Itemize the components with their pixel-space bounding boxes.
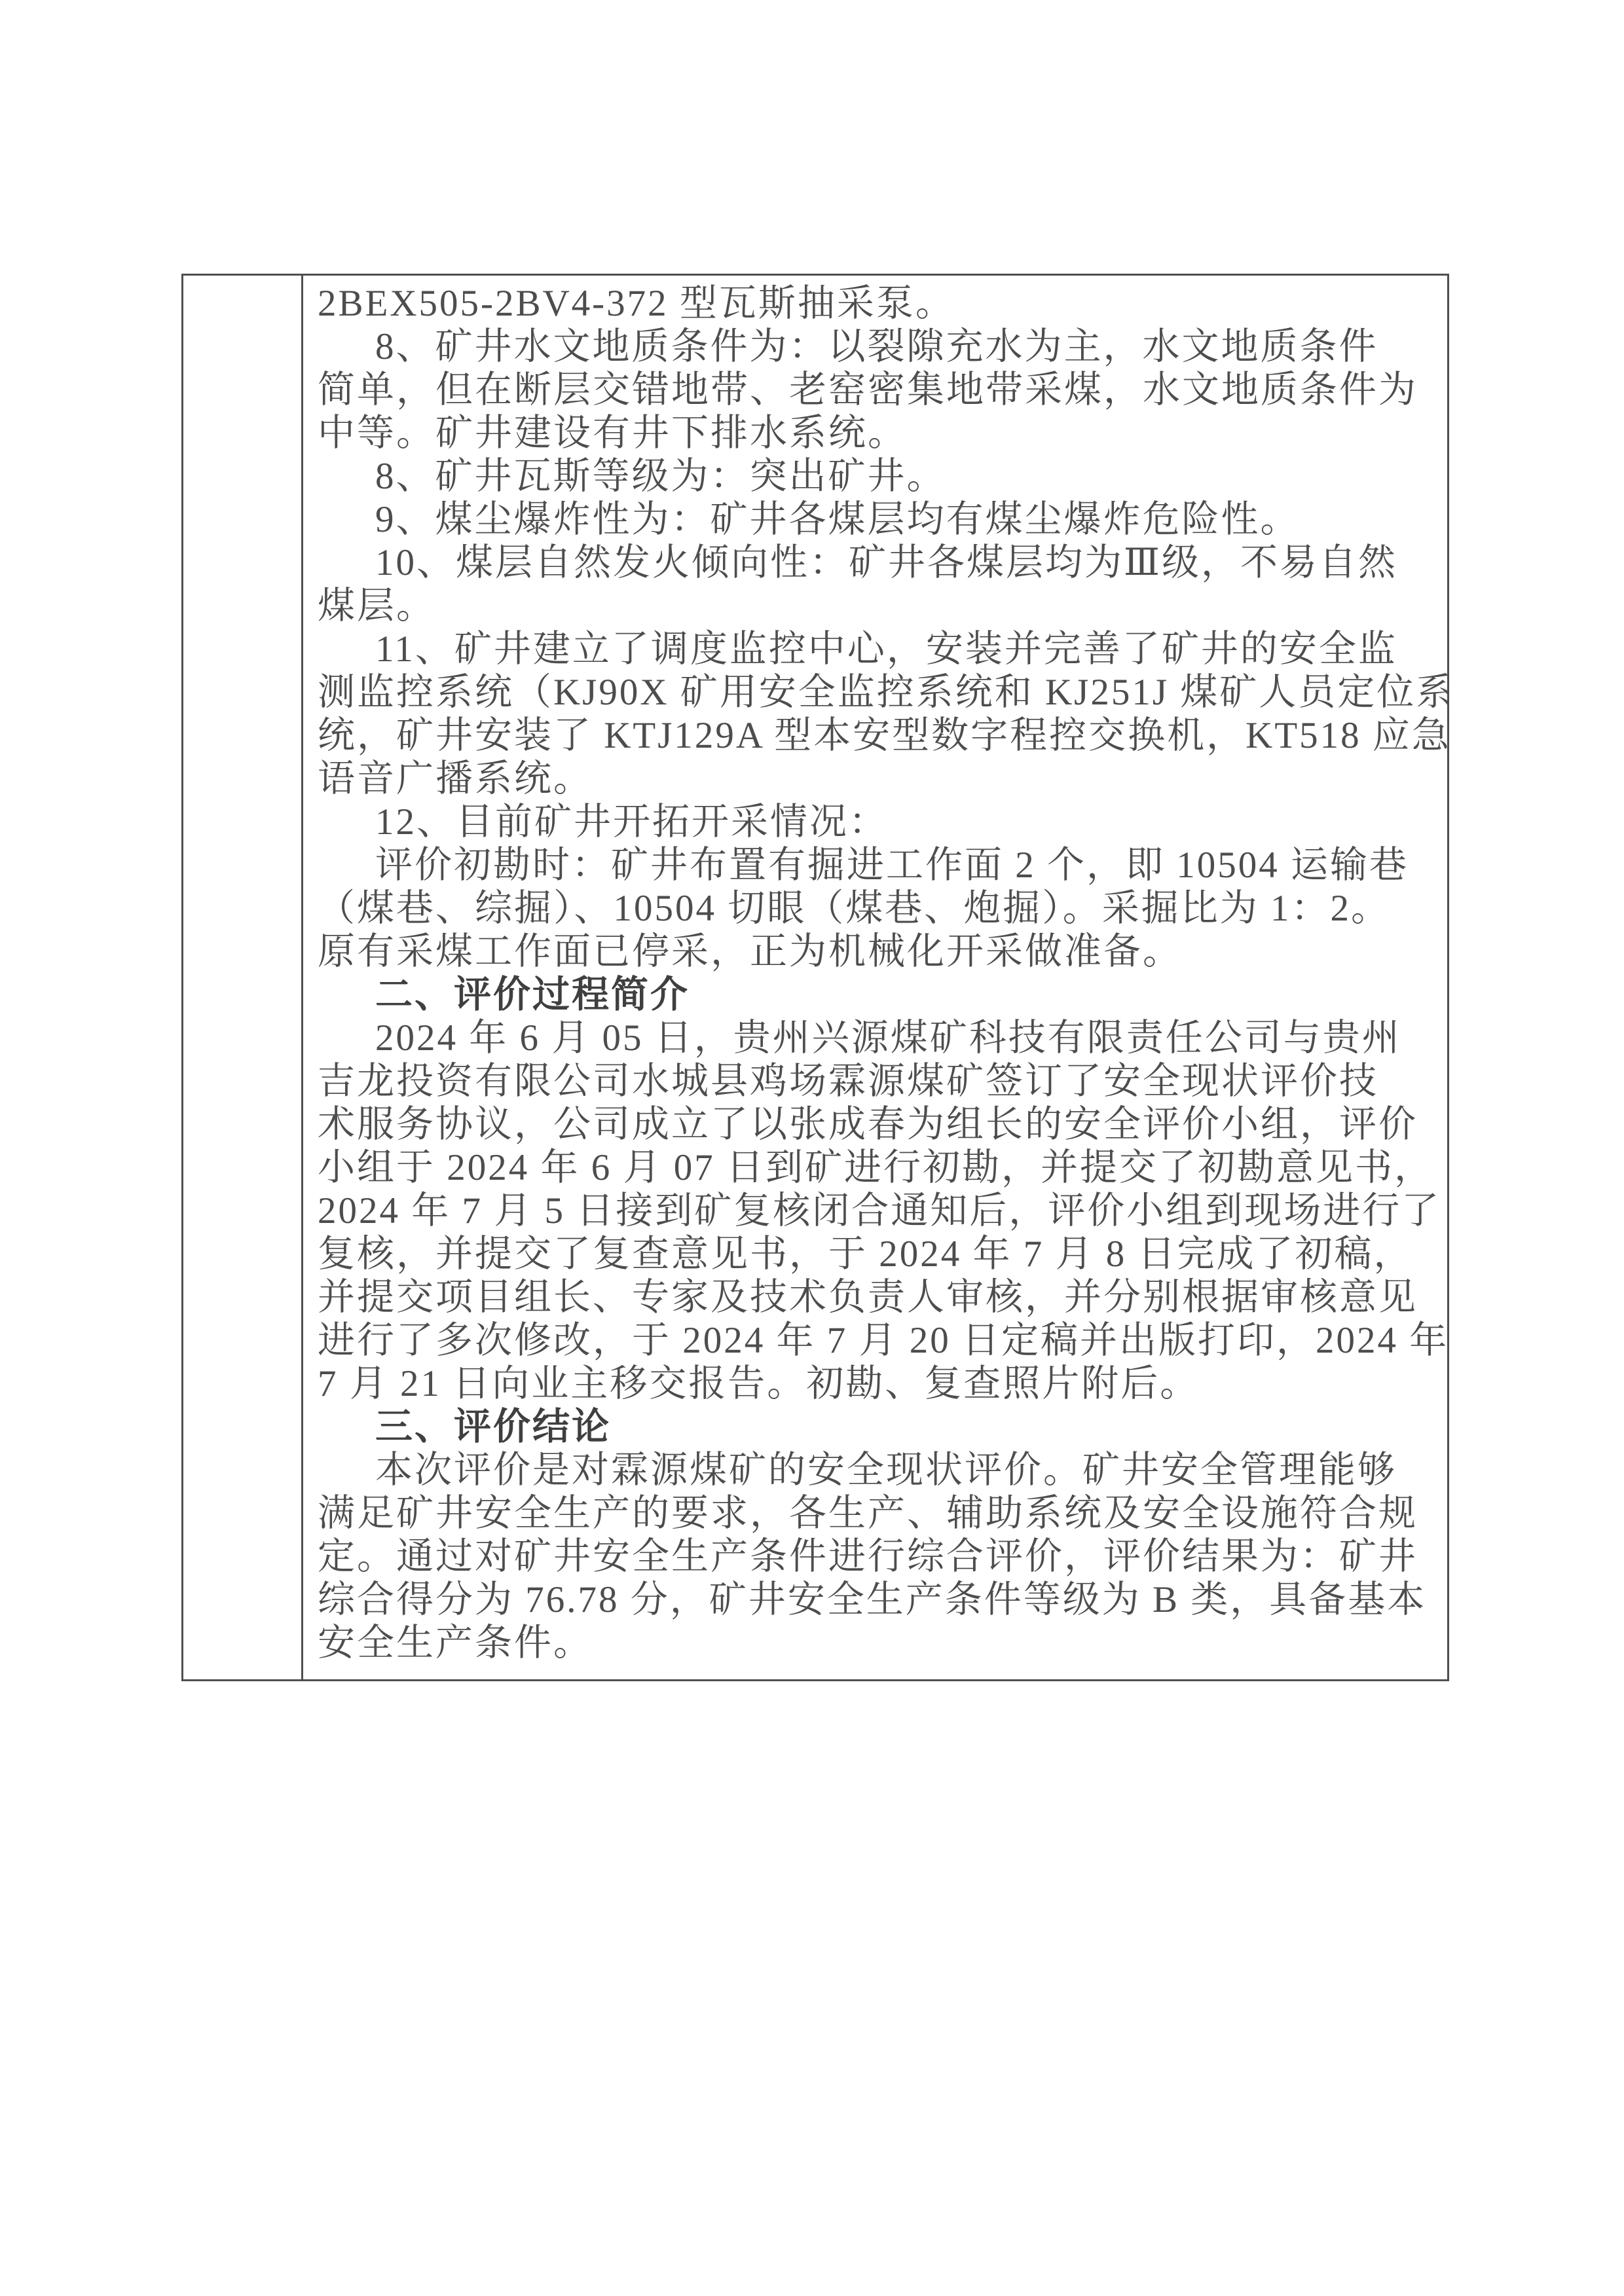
section-heading-line: 二、评价过程简介 — [318, 974, 1435, 1017]
document-text-line: 综合得分为 76.78 分，矿井安全生产条件等级为 B 类，具备基本 — [318, 1578, 1435, 1622]
document-text-line: 满足矿井安全生产的要求，各生产、辅助系统及安全设施符合规 — [318, 1492, 1435, 1535]
document-text-line: 复核，并提交了复查意见书，于 2024 年 7 月 8 日完成了初稿， — [318, 1233, 1435, 1276]
document-text-line: 吉龙投资有限公司水城县鸡场霖源煤矿签订了安全现状评价技 — [318, 1060, 1435, 1103]
document-text-line: 10、煤层自然发火倾向性：矿井各煤层均为Ⅲ级，不易自然 — [318, 541, 1435, 585]
document-text-line: （煤巷、综掘）、10504 切眼（煤巷、炮掘）。采掘比为 1：2。 — [318, 887, 1435, 930]
document-text-line: 12、目前矿井开拓开采情况： — [318, 801, 1435, 844]
document-text-line: 测监控系统（KJ90X 矿用安全监控系统和 KJ251J 煤矿人员定位系 — [318, 671, 1435, 714]
document-text-line: 术服务协议，公司成立了以张成春为组长的安全评价小组，评价 — [318, 1103, 1435, 1146]
document-text-line: 简单，但在断层交错地带、老窑密集地带采煤，水文地质条件为 — [318, 369, 1435, 412]
document-text-line: 2024 年 7 月 5 日接到矿复核闭合通知后，评价小组到现场进行了 — [318, 1190, 1435, 1233]
document-text-line: 9、煤尘爆炸性为：矿井各煤层均有煤尘爆炸危险性。 — [318, 498, 1435, 541]
section-heading-line: 三、评价结论 — [318, 1406, 1435, 1449]
document-text-line: 8、矿井水文地质条件为：以裂隙充水为主，水文地质条件 — [318, 325, 1435, 369]
document-text-line: 语音广播系统。 — [318, 757, 1435, 801]
document-text-line: 统，矿井安装了 KTJ129A 型本安型数字程控交换机，KT518 应急 — [318, 714, 1435, 757]
document-text-line: 煤层。 — [318, 585, 1435, 628]
document-text-line: 安全生产条件。 — [318, 1622, 1435, 1665]
table-left-column — [183, 276, 303, 1679]
document-text-line: 2024 年 6 月 05 日，贵州兴源煤矿科技有限责任公司与贵州 — [318, 1017, 1435, 1060]
document-text-line: 评价初勘时：矿井布置有掘进工作面 2 个，即 10504 运输巷 — [318, 844, 1435, 887]
document-text-line: 并提交项目组长、专家及技术负责人审核，并分别根据审核意见 — [318, 1276, 1435, 1319]
document-text-line: 原有采煤工作面已停采，正为机械化开采做准备。 — [318, 930, 1435, 974]
document-text-line: 小组于 2024 年 6 月 07 日到矿进行初勘，并提交了初勘意见书， — [318, 1146, 1435, 1190]
document-page: 2BEX505-2BV4-372 型瓦斯抽采泵。8、矿井水文地质条件为：以裂隙充… — [0, 0, 1624, 2296]
report-text: 2BEX505-2BV4-372 型瓦斯抽采泵。8、矿井水文地质条件为：以裂隙充… — [318, 282, 1435, 1665]
document-text-line: 11、矿井建立了调度监控中心，安装并完善了矿井的安全监 — [318, 628, 1435, 671]
table-main-cell: 2BEX505-2BV4-372 型瓦斯抽采泵。8、矿井水文地质条件为：以裂隙充… — [303, 276, 1447, 1679]
document-text-line: 2BEX505-2BV4-372 型瓦斯抽采泵。 — [318, 282, 1435, 325]
document-text-line: 8、矿井瓦斯等级为：突出矿井。 — [318, 455, 1435, 498]
document-text-line: 定。通过对矿井安全生产条件进行综合评价，评价结果为：矿井 — [318, 1535, 1435, 1578]
report-table: 2BEX505-2BV4-372 型瓦斯抽采泵。8、矿井水文地质条件为：以裂隙充… — [181, 274, 1449, 1681]
document-text-line: 本次评价是对霖源煤矿的安全现状评价。矿井安全管理能够 — [318, 1449, 1435, 1492]
document-text-line: 7 月 21 日向业主移交报告。初勘、复查照片附后。 — [318, 1362, 1435, 1406]
document-text-line: 进行了多次修改，于 2024 年 7 月 20 日定稿并出版打印，2024 年 — [318, 1319, 1435, 1362]
document-text-line: 中等。矿井建设有井下排水系统。 — [318, 412, 1435, 455]
